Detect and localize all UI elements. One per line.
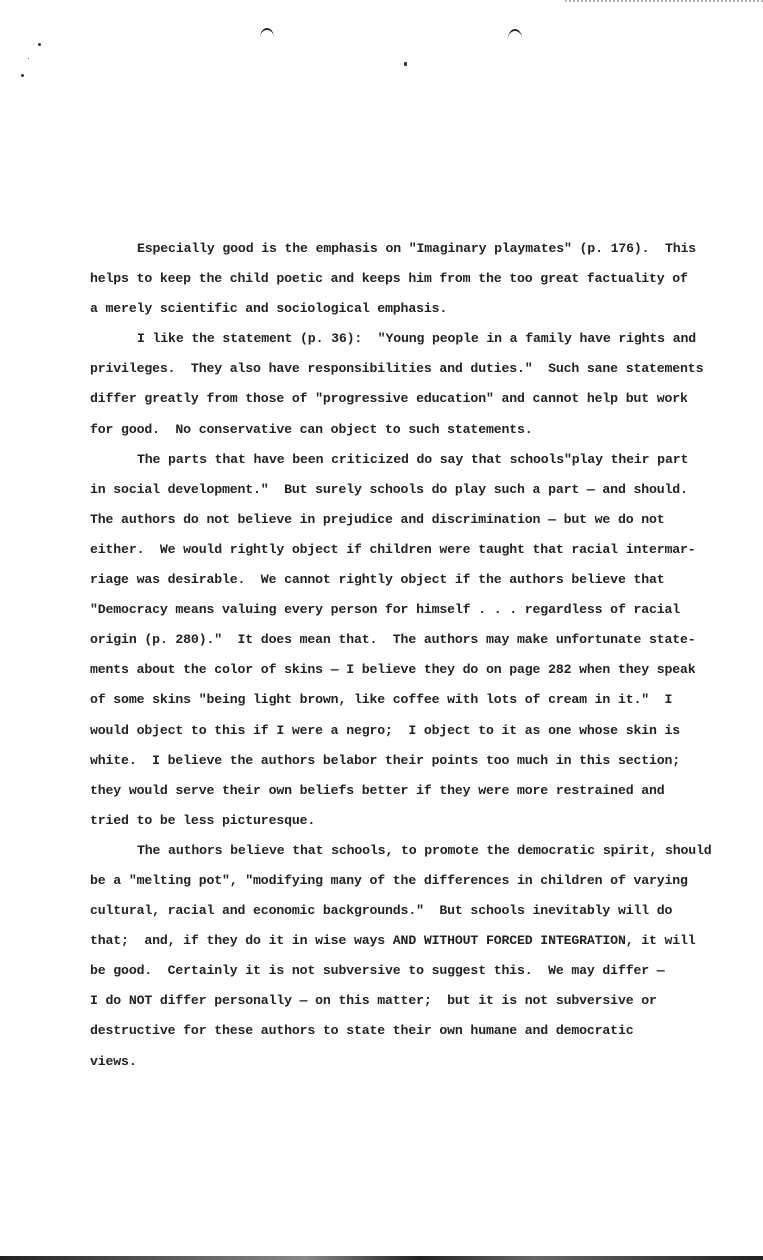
text-line: privileges. They also have responsibilit… bbox=[90, 354, 700, 384]
text-line: of some skins "being light brown, like c… bbox=[90, 685, 700, 715]
text-line: would object to this if I were a negro; … bbox=[90, 716, 700, 746]
text-line: either. We would rightly object if child… bbox=[90, 535, 700, 565]
text-line: The parts that have been criticized do s… bbox=[90, 445, 700, 475]
paragraph-melting-pot: The authors believe that schools, to pro… bbox=[90, 836, 700, 1077]
text-line: white. I believe the authors belabor the… bbox=[90, 746, 700, 776]
bottom-scan-edge bbox=[0, 1256, 763, 1260]
text-line: views. bbox=[90, 1047, 700, 1077]
text-line: The authors believe that schools, to pro… bbox=[90, 836, 700, 866]
text-line: a merely scientific and sociological emp… bbox=[90, 294, 700, 324]
text-line: "Democracy means valuing every person fo… bbox=[90, 595, 700, 625]
text-line: they would serve their own beliefs bette… bbox=[90, 776, 700, 806]
text-line: helps to keep the child poetic and keeps… bbox=[90, 264, 700, 294]
text-line: be a "melting pot", "modifying many of t… bbox=[90, 866, 700, 896]
paragraph-rights-and-privileges: I like the statement (p. 36): "Young peo… bbox=[90, 324, 700, 444]
text-line: that; and, if they do it in wise ways AN… bbox=[90, 926, 700, 956]
paragraph-social-development: The parts that have been criticized do s… bbox=[90, 445, 700, 836]
scan-speck bbox=[21, 74, 24, 77]
text-line: be good. Certainly it is not subversive … bbox=[90, 956, 700, 986]
text-line: I do NOT differ personally — on this mat… bbox=[90, 986, 700, 1016]
binder-hole-mark-right bbox=[508, 29, 522, 39]
binder-hole-mark-left bbox=[260, 28, 274, 38]
text-line: cultural, racial and economic background… bbox=[90, 896, 700, 926]
text-line: Especially good is the emphasis on "Imag… bbox=[90, 234, 700, 264]
text-line: differ greatly from those of "progressiv… bbox=[90, 384, 700, 414]
text-line: in social development." But surely schoo… bbox=[90, 475, 700, 505]
text-line: riage was desirable. We cannot rightly o… bbox=[90, 565, 700, 595]
top-edge-dotted-line bbox=[565, 0, 763, 2]
text-line: I like the statement (p. 36): "Young peo… bbox=[90, 324, 700, 354]
document-body: Especially good is the emphasis on "Imag… bbox=[90, 234, 700, 1077]
scan-speck bbox=[38, 43, 41, 46]
text-line: The authors do not believe in prejudice … bbox=[90, 505, 700, 535]
text-line: for good. No conservative can object to … bbox=[90, 415, 700, 445]
text-line: ments about the color of skins — I belie… bbox=[90, 655, 700, 685]
paragraph-imaginary-playmates: Especially good is the emphasis on "Imag… bbox=[90, 234, 700, 324]
text-line: tried to be less picturesque. bbox=[90, 806, 700, 836]
text-line: destructive for these authors to state t… bbox=[90, 1016, 700, 1046]
scan-speck bbox=[404, 62, 407, 66]
scan-speck bbox=[28, 58, 29, 59]
text-line: origin (p. 280)." It does mean that. The… bbox=[90, 625, 700, 655]
